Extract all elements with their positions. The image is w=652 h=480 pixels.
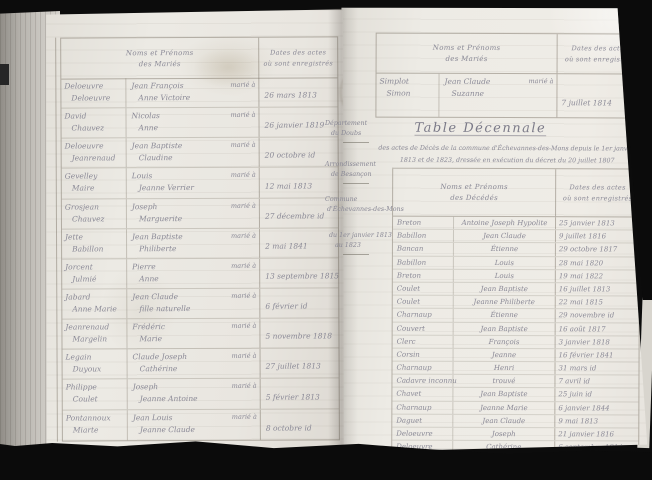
deceased-surname: Breton bbox=[393, 269, 453, 281]
names-header-line1: Noms et Prénoms bbox=[440, 183, 508, 191]
spouses-surnames: Legain Duyoux bbox=[63, 350, 127, 379]
spouses-given-names: Jean Claudemarié à Suzanne bbox=[438, 74, 556, 117]
spouses-given-names: Jean Baptistemarié à Claudine bbox=[126, 138, 259, 168]
death-date: 25 janvier 1813 bbox=[555, 217, 639, 229]
dates-header-line1: Dates des actes bbox=[572, 44, 628, 52]
wife-given: Anne Victoire bbox=[138, 93, 256, 103]
marriages-continuation-header: Noms et Prénoms des Mariés Dates des act… bbox=[377, 34, 642, 75]
decennial-subtitle-line2: 1813 et de 1823, dressée en exécution du… bbox=[376, 157, 638, 165]
deceased-given: Jeanne bbox=[453, 349, 555, 362]
death-date: 25 juin id bbox=[554, 389, 638, 401]
death-row: BancanÉtienne29 octobre 1817 bbox=[393, 243, 639, 257]
wife-surname: Coulet bbox=[73, 395, 127, 404]
wife-given: Jeanne Claude bbox=[140, 424, 258, 434]
husband-given: Jean Baptiste bbox=[132, 141, 183, 150]
death-date: 3 janvier 1818 bbox=[555, 336, 639, 348]
death-date: 16 août 1817 bbox=[555, 323, 639, 335]
names-header-line2: des Mariés bbox=[139, 60, 181, 68]
marriage-note: marié à bbox=[231, 201, 256, 210]
margin-divider bbox=[343, 254, 369, 255]
dates-column-header: Dates des actes où sont enregistrés bbox=[258, 37, 337, 77]
wife-surname: Anne Marie bbox=[72, 304, 126, 313]
deceased-surname: Clerc bbox=[393, 335, 453, 347]
death-date: 22 mai 1815 bbox=[555, 296, 639, 308]
deceased-surname: Charnaup bbox=[392, 401, 452, 413]
death-row: BretonLouis19 mai 1822 bbox=[393, 269, 639, 283]
spouses-surnames: Grosjean Chauvez bbox=[62, 199, 126, 228]
death-date: 28 mai 1820 bbox=[555, 257, 639, 269]
husband-surname: Grosjean bbox=[65, 202, 126, 211]
deceased-surname: Daguet bbox=[392, 414, 452, 426]
deceased-surname: Couvert bbox=[393, 322, 453, 334]
deceased-given: Louis bbox=[453, 270, 555, 283]
deceased-surname: Babillon bbox=[393, 230, 453, 242]
husband-surname: Pontannoux bbox=[66, 413, 127, 422]
death-date: 19 mai 1822 bbox=[555, 270, 639, 282]
husband-given: Jean Baptiste bbox=[132, 232, 183, 241]
death-row: CorsinJeanne16 février 1841 bbox=[393, 349, 639, 363]
margin-divider bbox=[343, 183, 369, 184]
deceased-given: François bbox=[453, 336, 555, 349]
death-date: 7 avril id bbox=[554, 375, 638, 387]
death-row: DeloeuvreJoseph21 janvier 1816 bbox=[392, 428, 638, 442]
marriage-note: marié à bbox=[231, 292, 256, 301]
wife-surname: Miarte bbox=[73, 425, 127, 434]
dates-header-line1: Dates des actes bbox=[270, 48, 326, 56]
spouses-surnames: Jabard Anne Marie bbox=[62, 289, 126, 318]
husband-given: Joseph bbox=[133, 383, 158, 392]
marriage-row: Grosjean Chauvez Josephmarié à Marguerit… bbox=[62, 198, 338, 229]
period-from: du 1er janvier 1813 bbox=[329, 232, 397, 240]
wife-given: Philiberte bbox=[139, 243, 257, 253]
spouses-given-names: Jean Baptistemarié à Philiberte bbox=[126, 228, 259, 258]
margin-divider bbox=[343, 142, 369, 143]
death-date: 16 février 1841 bbox=[555, 349, 639, 361]
marriages-rows: Deloeuvre Deloeuvre Jean Françoismarié à… bbox=[61, 77, 339, 440]
marriage-row: Pontannoux Miarte Jean Louismarié à Jean… bbox=[63, 409, 339, 440]
husband-surname: Gevelley bbox=[65, 172, 126, 181]
deceased-given: trouvé bbox=[452, 375, 554, 388]
husband-surname: Philippe bbox=[66, 383, 127, 392]
husband-given: Jean Claude bbox=[445, 77, 491, 86]
marriage-row: Simplot Simon Jean Claudemarié à Suzanne… bbox=[376, 74, 641, 118]
wife-surname: Maire bbox=[72, 184, 126, 193]
deceased-given: Jeanne Marie bbox=[452, 401, 554, 414]
husband-surname: Jabard bbox=[65, 292, 126, 301]
deceased-surname: Deloeuvre bbox=[392, 428, 452, 440]
dates-header-line1: Dates des actes bbox=[570, 183, 626, 191]
wife-surname: Deloeuvre bbox=[71, 93, 125, 102]
death-row: CharnaupHenri31 mars id bbox=[392, 362, 638, 376]
deceased-given: Louis bbox=[453, 256, 555, 269]
wife-given: Claudine bbox=[139, 153, 257, 163]
husband-surname: Deloeuvre bbox=[64, 81, 125, 90]
death-date: 9 juillet 1816 bbox=[555, 230, 639, 242]
names-header-line2: des Décédés bbox=[450, 194, 498, 202]
names-column-header: Noms et Prénoms des Décédés bbox=[393, 169, 555, 217]
deceased-given: Jeanne Philiberte bbox=[453, 296, 555, 309]
marriages-continuation-table: Noms et Prénoms des Mariés Dates des act… bbox=[375, 33, 642, 119]
death-row: DaguetJean Claude9 mai 1813 bbox=[392, 414, 638, 428]
wife-surname: Chauvez bbox=[72, 123, 126, 132]
death-date: 16 juillet 1813 bbox=[555, 283, 639, 295]
spouses-given-names: Louismarié à Jeanne Verrier bbox=[126, 168, 259, 198]
death-row: BretonAntoine Joseph Hypolite25 janvier … bbox=[393, 217, 639, 231]
marriage-date: 26 mars 1813 bbox=[258, 77, 337, 106]
commune-value: d'Échevannes-des-Mons bbox=[327, 206, 397, 214]
marriage-note: marié à bbox=[231, 141, 256, 150]
husband-given: Joseph bbox=[132, 202, 157, 211]
death-date: 29 novembre id bbox=[555, 310, 639, 322]
death-date: 9 mai 1813 bbox=[554, 415, 638, 427]
wife-given: Marie bbox=[139, 334, 257, 344]
deceased-given: Joseph bbox=[452, 428, 554, 441]
deceased-given: Jean Claude bbox=[453, 230, 555, 243]
marriage-date: 27 juillet 1813 bbox=[260, 349, 339, 378]
wife-given: Marguerite bbox=[139, 213, 257, 223]
spouses-surnames: Philippe Coulet bbox=[63, 380, 127, 409]
deceased-surname: Coulet bbox=[393, 296, 453, 308]
margin-notes: Département du Doubs Arrondissement de B… bbox=[325, 112, 397, 255]
death-row: CouletJean Baptiste16 juillet 1813 bbox=[393, 283, 639, 297]
marriage-row: Jabard Anne Marie Jean Claudemarié à fil… bbox=[62, 288, 338, 319]
husband-surname: Legain bbox=[66, 353, 127, 362]
spouses-given-names: Pierremarié à Anne bbox=[126, 259, 259, 289]
names-header-line2: des Mariés bbox=[446, 55, 488, 63]
deceased-surname: Bancan bbox=[393, 243, 453, 255]
death-row: CouvertJean Baptiste16 août 1817 bbox=[393, 322, 639, 336]
spouses-given-names: Josephmarié à Marguerite bbox=[126, 198, 259, 228]
wife-given: Jeanne Antoine bbox=[140, 394, 258, 404]
spouses-given-names: Josephmarié à Jeanne Antoine bbox=[127, 379, 260, 409]
marriage-row: Jette Babillon Jean Baptistemarié à Phil… bbox=[62, 228, 338, 259]
dates-column-header: Dates des actes où sont enregistrés bbox=[555, 169, 639, 216]
spouses-given-names: Nicolasmarié à Anne bbox=[125, 108, 258, 138]
wife-surname: Simon bbox=[386, 89, 438, 98]
marriage-note: marié à bbox=[231, 171, 256, 180]
deceased-surname: Babillon bbox=[393, 256, 453, 268]
deceased-given: Jean Baptiste bbox=[452, 388, 554, 401]
deaths-table: Noms et Prénoms des Décédés Dates des ac… bbox=[391, 168, 640, 461]
marriage-row: David Chauvez Nicolasmarié à Anne 26 jan… bbox=[61, 108, 337, 139]
wife-surname: Margelin bbox=[72, 334, 126, 343]
wife-given: Anne bbox=[139, 274, 257, 284]
wife-given: Anne bbox=[139, 123, 257, 133]
marriage-row: Deloeuvre Jeanrenaud Jean Baptistemarié … bbox=[62, 138, 338, 169]
wife-given: Jeanne Verrier bbox=[139, 183, 257, 193]
husband-given: Louis bbox=[132, 172, 153, 181]
register-scan: Noms et Prénoms des Mariés Dates des act… bbox=[0, 0, 652, 480]
wife-given: fille naturelle bbox=[139, 304, 257, 314]
husband-surname: Jeanrenaud bbox=[65, 322, 126, 331]
marriage-row: Philippe Coulet Josephmarié à Jeanne Ant… bbox=[63, 379, 339, 410]
marriage-note: marié à bbox=[232, 382, 257, 391]
names-header-line1: Noms et Prénoms bbox=[126, 49, 194, 57]
arrondissement-label: Arrondissement bbox=[325, 161, 397, 169]
marriage-note: marié à bbox=[232, 352, 257, 361]
deceased-surname: Chavet bbox=[392, 388, 452, 400]
death-row: BabillonJean Claude9 juillet 1816 bbox=[393, 230, 639, 244]
wife-surname: Duyoux bbox=[73, 365, 127, 374]
husband-given: Frédéric bbox=[132, 322, 165, 331]
husband-given: Jean Claude bbox=[132, 292, 178, 301]
death-row: ClercFrançois3 janvier 1818 bbox=[393, 335, 639, 349]
husband-given: Pierre bbox=[132, 262, 156, 271]
spouses-surnames: Jette Babillon bbox=[62, 229, 126, 258]
marriage-row: Legain Duyoux Claude Josephmarié à Cathé… bbox=[63, 349, 339, 380]
death-date: 29 octobre 1817 bbox=[555, 244, 639, 256]
dates-header-line2: où sont enregistrés bbox=[563, 194, 632, 202]
husband-given: Nicolas bbox=[131, 111, 159, 120]
deceased-given: Jean Baptiste bbox=[453, 322, 555, 335]
marriage-note: marié à bbox=[528, 77, 553, 86]
marriage-note: marié à bbox=[231, 322, 256, 331]
spouses-given-names: Jean Louismarié à Jeanne Claude bbox=[127, 409, 260, 440]
deceased-surname: Coulet bbox=[393, 283, 453, 295]
wife-given: Suzanne bbox=[451, 89, 554, 98]
marriage-date: 5 novembre 1818 bbox=[259, 318, 338, 347]
marriage-row: Jorcent Julmié Pierremarié à Anne 13 sep… bbox=[62, 258, 338, 289]
decennial-subtitle-line1: des actes de Décès de la commune d'Échev… bbox=[376, 145, 638, 153]
department-value: du Doubs bbox=[331, 130, 397, 138]
spouses-surnames: Jeanrenaud Margelin bbox=[62, 319, 126, 348]
death-date: 31 mars id bbox=[554, 362, 638, 374]
marriage-date: 6 février id bbox=[259, 288, 338, 317]
paper-stain bbox=[193, 48, 263, 88]
commune-label: Commune bbox=[325, 196, 397, 204]
deceased-given: Antoine Joseph Hypolite bbox=[453, 217, 555, 230]
deceased-surname: Charnaup bbox=[393, 309, 453, 321]
spouses-given-names: Claude Josephmarié à Cathérine bbox=[127, 349, 260, 379]
spouses-surnames: Pontannoux Miarte bbox=[63, 410, 127, 440]
death-row: CouletJeanne Philiberte22 mai 1815 bbox=[393, 296, 639, 310]
spouses-surnames: Deloeuvre Jeanrenaud bbox=[62, 139, 126, 168]
death-row: CharnaupÉtienne29 novembre id bbox=[393, 309, 639, 323]
husband-given: Claude Joseph bbox=[133, 352, 188, 361]
deceased-given: Jean Claude bbox=[452, 415, 554, 428]
dates-header-line2: où sont enregistrés bbox=[264, 59, 333, 67]
death-date: 21 janvier 1816 bbox=[554, 428, 638, 440]
death-row: BabillonLouis28 mai 1820 bbox=[393, 256, 639, 270]
marriage-row: Deloeuvre Deloeuvre Jean Françoismarié à… bbox=[61, 77, 337, 108]
spouses-surnames: Simplot Simon bbox=[376, 74, 438, 117]
names-header-line1: Noms et Prénoms bbox=[433, 44, 501, 52]
spouses-surnames: David Chauvez bbox=[61, 108, 125, 137]
deceased-surname: Corsin bbox=[393, 349, 453, 361]
spouses-surnames: Jorcent Julmié bbox=[62, 259, 126, 288]
death-row: ChavetJean Baptiste25 juin id bbox=[392, 388, 638, 402]
death-row: CharnaupJeanne Marie6 janvier 1844 bbox=[392, 401, 638, 415]
marriages-table: Noms et Prénoms des Mariés Dates des act… bbox=[60, 36, 340, 441]
wife-surname: Jeanrenaud bbox=[72, 154, 126, 163]
husband-given: Jean Louis bbox=[133, 413, 173, 422]
deceased-surname: Cadavre inconnu bbox=[392, 375, 452, 387]
husband-surname: David bbox=[64, 111, 125, 120]
husband-given: Jean François bbox=[131, 81, 183, 90]
death-row: Cadavre inconnutrouvé7 avril id bbox=[392, 375, 638, 389]
spouses-given-names: Frédéricmarié à Marie bbox=[126, 319, 259, 349]
marriage-row: Jeanrenaud Margelin Frédéricmarié à Mari… bbox=[62, 318, 338, 349]
spouses-surnames: Deloeuvre Deloeuvre bbox=[61, 78, 125, 107]
spouses-given-names: Jean Claudemarié à fille naturelle bbox=[126, 289, 259, 319]
marriage-date: 5 février 1813 bbox=[260, 379, 339, 408]
husband-surname: Simplot bbox=[380, 77, 439, 86]
names-column-header: Noms et Prénoms des Mariés bbox=[377, 34, 557, 74]
arrondissement-value: de Besançon bbox=[331, 171, 397, 179]
wife-given: Cathérine bbox=[140, 364, 258, 374]
period-to: au 1823 bbox=[335, 242, 397, 250]
binding-notch bbox=[0, 64, 9, 85]
husband-surname: Deloeuvre bbox=[65, 142, 126, 151]
marriage-row: Gevelley Maire Louismarié à Jeanne Verri… bbox=[62, 168, 338, 199]
wife-surname: Babillon bbox=[72, 244, 126, 253]
deceased-given: Étienne bbox=[453, 243, 555, 256]
marriage-note: marié à bbox=[232, 412, 257, 421]
deceased-given: Étienne bbox=[453, 309, 555, 322]
department-label: Département bbox=[325, 120, 397, 128]
marriage-note: marié à bbox=[231, 231, 256, 240]
wife-surname: Julmié bbox=[72, 274, 126, 283]
wife-surname: Chauvez bbox=[72, 214, 126, 223]
left-page: Noms et Prénoms des Mariés Dates des act… bbox=[43, 9, 345, 452]
deceased-surname: Charnaup bbox=[392, 362, 452, 374]
deaths-table-header: Noms et Prénoms des Décédés Dates des ac… bbox=[393, 169, 639, 218]
husband-surname: Jorcent bbox=[65, 262, 126, 271]
marriage-date: 13 septembre 1815 bbox=[259, 258, 338, 287]
spouses-surnames: Gevelley Maire bbox=[62, 169, 126, 198]
husband-surname: Jette bbox=[65, 232, 126, 241]
deceased-given: Jean Baptiste bbox=[453, 283, 555, 296]
marriage-note: marié à bbox=[231, 262, 256, 271]
death-date: 6 janvier 1844 bbox=[554, 402, 638, 414]
deceased-surname: Breton bbox=[393, 217, 453, 229]
marriage-note: marié à bbox=[230, 111, 255, 120]
deceased-given: Henri bbox=[452, 362, 554, 375]
